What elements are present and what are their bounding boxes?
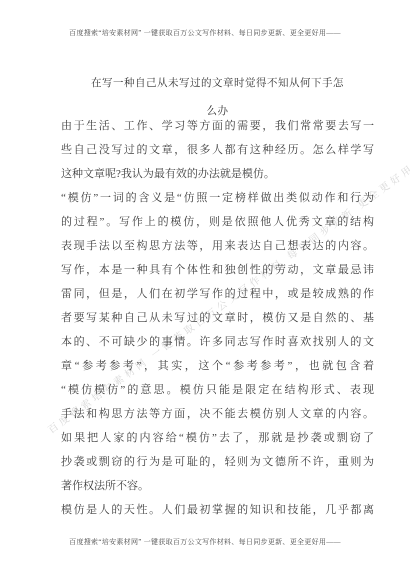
- body-text-line: 的过程”。写作上的模仿，则是依照他人优秀文章的结构: [61, 210, 374, 234]
- body-text-line: 著作权法所不容。: [61, 474, 374, 498]
- document-title-line: 在写一种自己从未写过的文章时觉得不知从何下手怎: [61, 70, 374, 98]
- body-text-line: 模仿是人的天性。人们最初掌握的知识和技能，几乎都离: [61, 498, 374, 522]
- body-text-line: 由于生活、工作、学习等方面的需要，我们常常要去写一: [61, 114, 374, 138]
- body-text-line: 些自己没写过的文章，很多人都有这种经历。怎么样学写: [61, 138, 374, 162]
- body-text-line: 者要写某种自己从未写过的文章时，模仿又是自然的、基: [61, 306, 374, 330]
- document-body: 由于生活、工作、学习等方面的需要，我们常常要去写一 些自己没写过的文章，很多人都…: [61, 114, 374, 522]
- page-header-note: 百度搜索“培安素材网” 一键获取百万公文写作材料、每日同步更新、更全更好用——: [0, 27, 410, 39]
- body-text-line: “模仿模仿”的意思。模仿只能是限定在结构形式、表现: [61, 378, 374, 402]
- document-page: 百度搜索培安素材网 一键获取百万公文写作材料 每日同步更新 更全更好用 百度搜索…: [0, 0, 410, 580]
- body-text-line: 如果把人家的内容给“模仿”去了，那就是抄袭或剽窃了: [61, 426, 374, 450]
- body-text-line: 抄袭或剽窃的行为是可耻的，轻则为文德所不许，重则为: [61, 450, 374, 474]
- body-text-line: 写作，本是一种具有个体性和独创性的劳动，文章最忌讳: [61, 258, 374, 282]
- body-text-line: 表现手法以至构思方法等，用来表达自己想表达的内容。: [61, 234, 374, 258]
- body-text-line: 本的、不可缺少的事情。许多同志写作时喜欢找别人的文: [61, 330, 374, 354]
- body-text-line: 章“参考参考”，其实，这个“参考参考”，也就包含着: [61, 354, 374, 378]
- page-footer-note: 百度搜索“培安素材网” 一键获取百万公文写作材料、每日同步更新、更全更好用——: [0, 536, 410, 548]
- body-text-line: 雷同，但是，人们在初学写作的过程中，或是较成熟的作: [61, 282, 374, 306]
- body-text-line: 这种文章呢?我认为最有效的办法就是模仿。: [61, 162, 374, 186]
- body-text-line: 手法和构思方法等方面，决不能去模仿别人文章的内容。: [61, 402, 374, 426]
- body-text-line: “模仿”一词的含义是“仿照一定榜样做出类似动作和行为: [61, 186, 374, 210]
